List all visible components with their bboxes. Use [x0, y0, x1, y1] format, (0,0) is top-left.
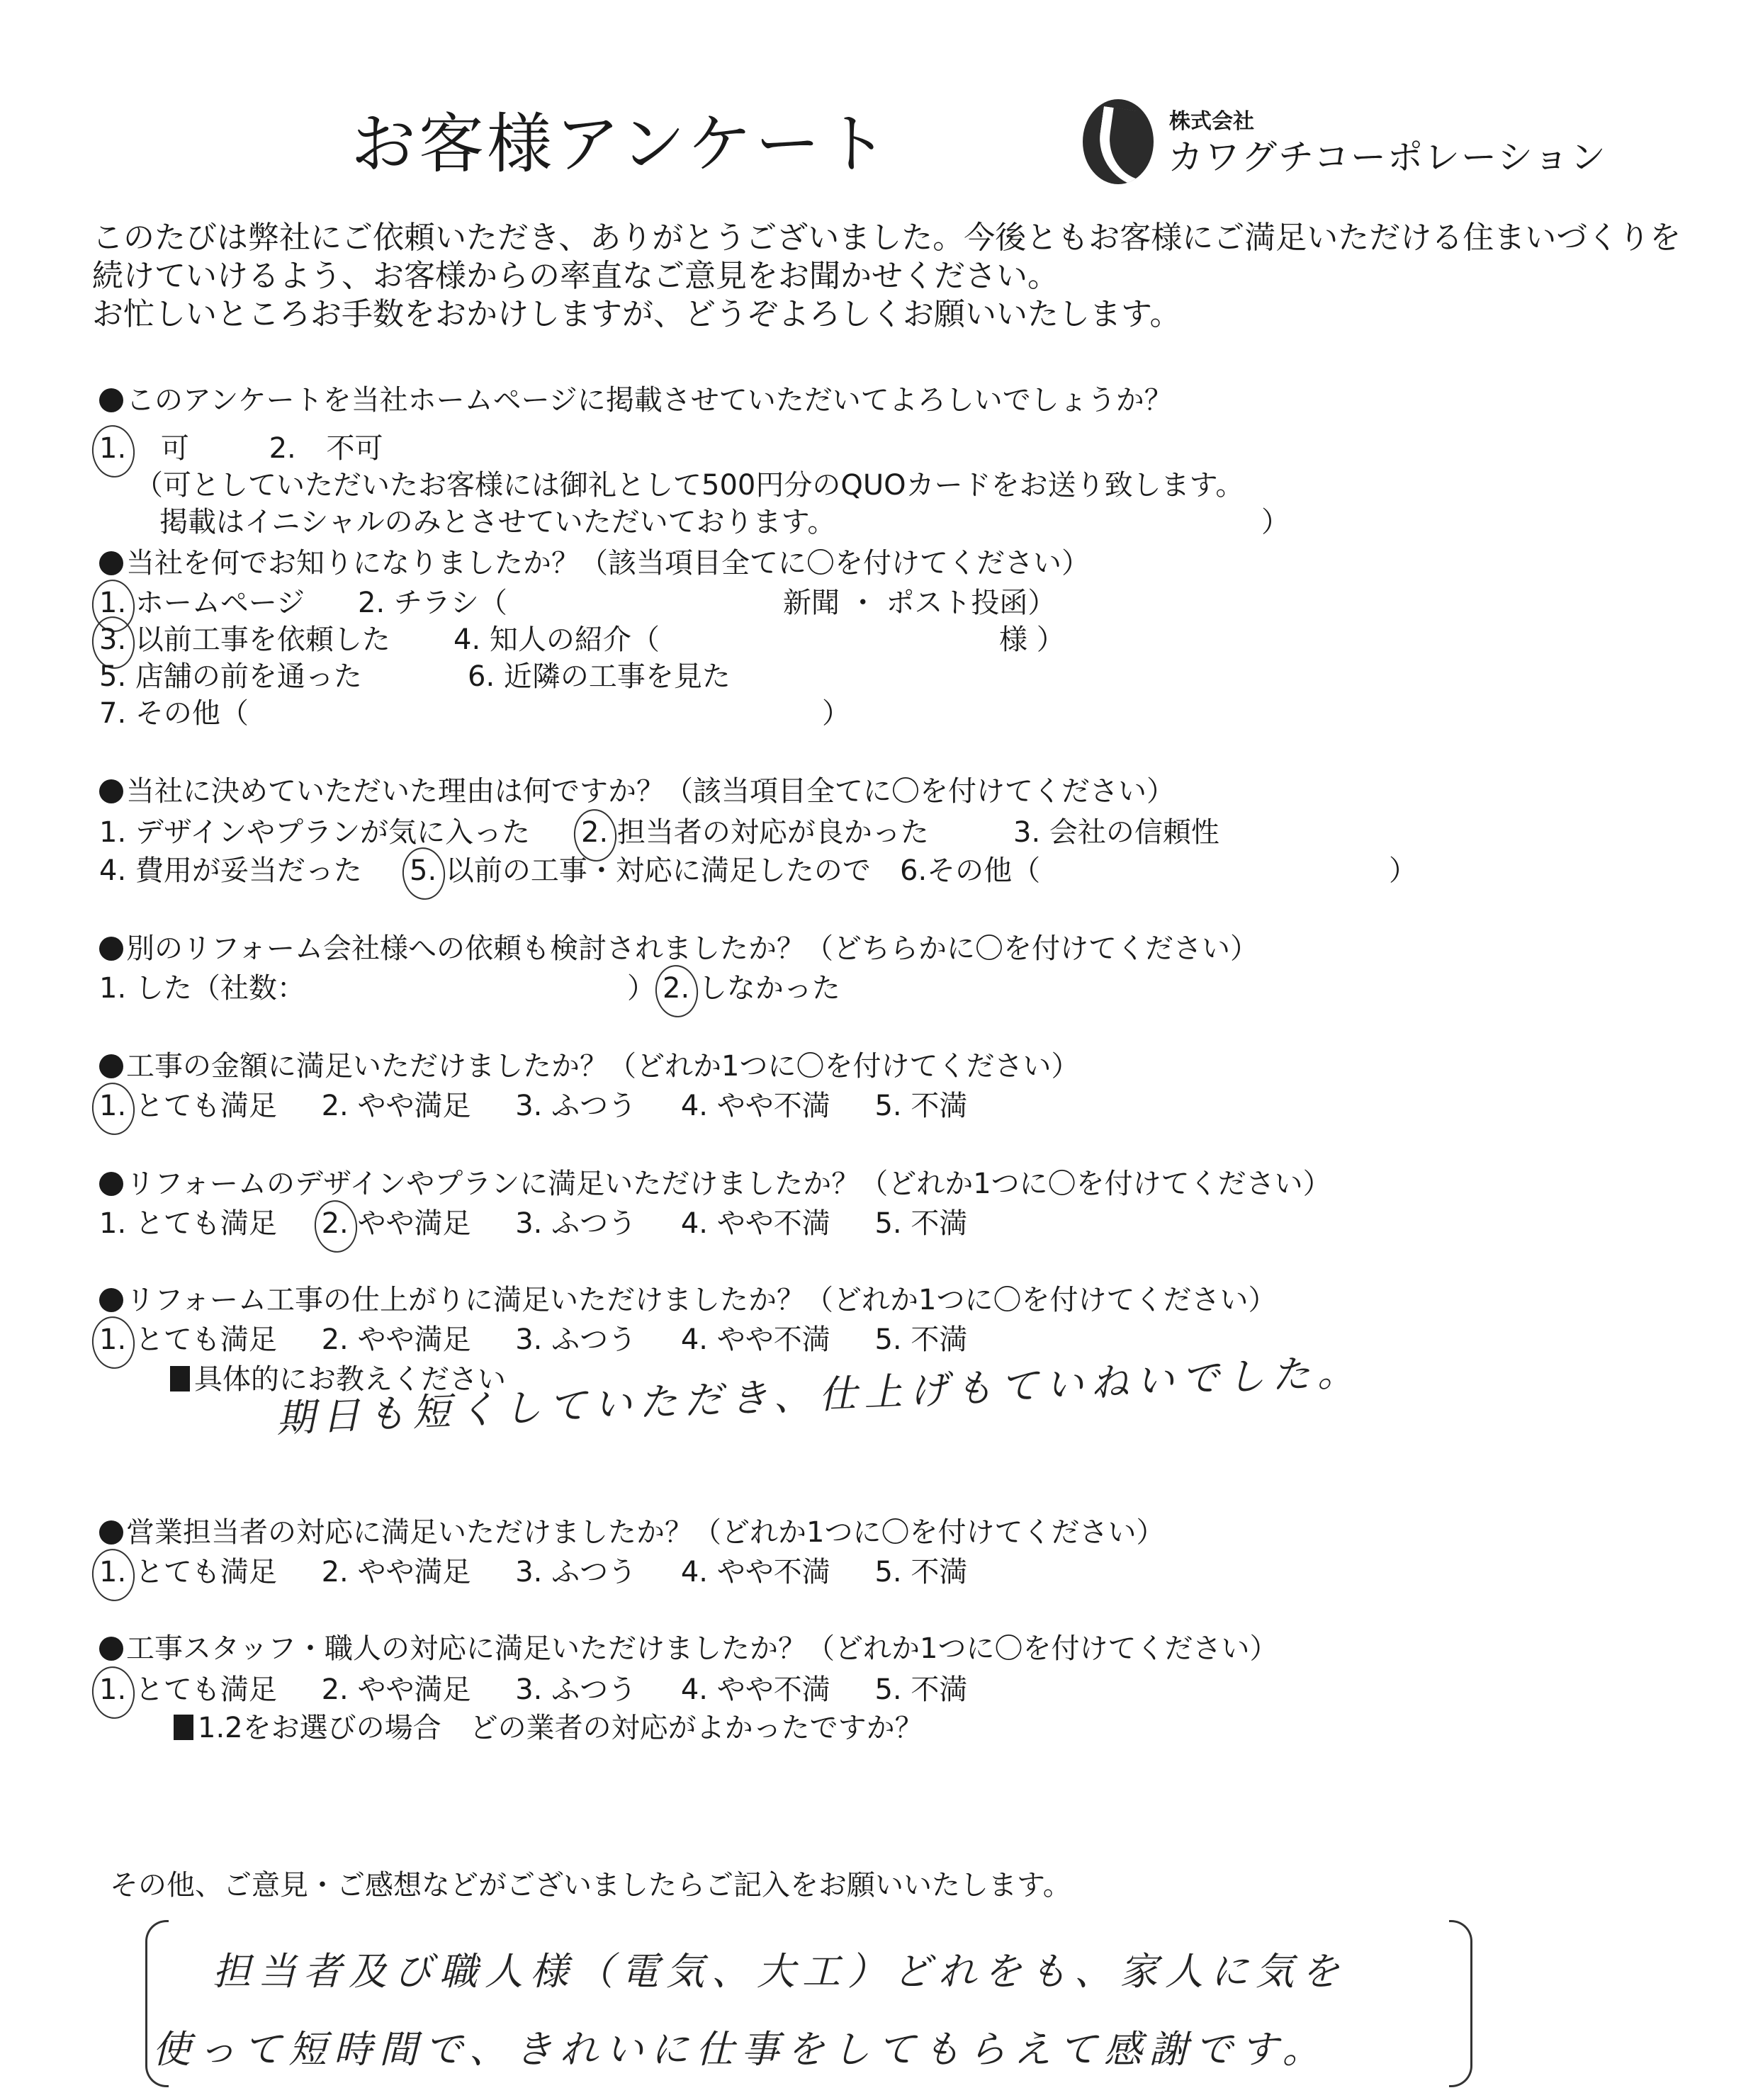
q8-options: 1. とても満足 2. やや満足 3. ふつう 4. やや不満 5. 不満: [99, 1554, 967, 1590]
q8-opt4[interactable]: 4. やや不満: [681, 1556, 830, 1588]
question-sales-satisfaction: 営業担当者の対応に満足いただけましたか？（どれか1つに〇を付けてください）: [99, 1515, 1164, 1550]
q3-opt4[interactable]: 4. 費用が妥当だった: [99, 853, 362, 888]
q2-opt5[interactable]: 5. 店舗の前を通った: [99, 659, 362, 694]
q7-opt2[interactable]: 2. やや満足: [322, 1323, 471, 1356]
q2-opt1[interactable]: 1. ホームページ: [99, 585, 305, 621]
square-bullet-icon: [174, 1715, 193, 1740]
q2-opt4[interactable]: 4. 知人の紹介（: [453, 622, 660, 657]
q8-opt1[interactable]: 1. とても満足: [99, 1554, 277, 1590]
q6-opt4[interactable]: 4. やや不満: [681, 1207, 830, 1240]
bullet-icon: [99, 779, 123, 803]
swoosh-logo-icon: [1083, 99, 1154, 184]
q2-opt7-close: ）: [822, 696, 850, 731]
comments-bracket-right: [1449, 1920, 1472, 2087]
q5-opt1[interactable]: 1. とても満足: [99, 1088, 277, 1124]
q3-opt6-close: ）: [1389, 853, 1417, 888]
bullet-icon: [99, 551, 123, 575]
q3-opt1[interactable]: 1. デザインやプランが気に入った: [99, 815, 530, 850]
q6-opt3[interactable]: 3. ふつう: [515, 1207, 636, 1240]
q3-opt3[interactable]: 3. 会社の信頼性: [1013, 815, 1219, 850]
intro-line-1: このたびは弊社にご依頼いただき、ありがとうございました。今後ともお客様にご満足い…: [92, 218, 1681, 258]
q7-options: 1. とても満足 2. やや満足 3. ふつう 4. やや不満 5. 不満: [99, 1322, 967, 1357]
q1-options: 1. 可 2. 不可: [99, 431, 383, 466]
q7-opt3[interactable]: 3. ふつう: [515, 1323, 636, 1356]
q5-options: 1. とても満足 2. やや満足 3. ふつう 4. やや不満 5. 不満: [99, 1088, 967, 1124]
bullet-icon: [99, 388, 123, 412]
q1-note-1: （可としていただいたお客様には御礼として500円分のQUOカードをお送り致します…: [135, 468, 1244, 503]
q9-opt2[interactable]: 2. やや満足: [322, 1673, 471, 1706]
q5-opt4[interactable]: 4. やや不満: [681, 1090, 830, 1122]
q9-options: 1. とても満足 2. やや満足 3. ふつう 4. やや不満 5. 不満: [99, 1672, 967, 1707]
q7-opt5[interactable]: 5. 不満: [874, 1323, 967, 1356]
q4-opt1[interactable]: 1. した（社数：: [99, 971, 305, 1006]
bullet-icon: [99, 1637, 123, 1661]
option-1-circled[interactable]: 1.: [99, 431, 126, 466]
comments-label: その他、ご意見・ご感想などがございましたらご記入をお願いいたします。: [110, 1868, 1071, 1903]
q9-opt1[interactable]: 1. とても満足: [99, 1672, 277, 1707]
company-name: カワグチコーポレーション: [1168, 129, 1607, 180]
q9-opt4[interactable]: 4. やや不満: [681, 1673, 830, 1706]
q5-opt5[interactable]: 5. 不満: [874, 1090, 967, 1122]
q2-opt4-tail: 様 ）: [999, 622, 1065, 657]
bullet-icon: [99, 1054, 123, 1078]
q1-note-2: 掲載はイニシャルのみとさせていただいております。: [159, 504, 835, 540]
q6-opt5[interactable]: 5. 不満: [874, 1207, 967, 1240]
q3-opt5[interactable]: 5. 以前の工事・対応に満足したので: [410, 853, 871, 888]
square-bullet-icon: [170, 1366, 190, 1391]
question-staff-satisfaction: 工事スタッフ・職人の対応に満足いただけましたか？（どれか1つに〇を付けてください…: [99, 1631, 1278, 1666]
question-finish-satisfaction: リフォーム工事の仕上がりに満足いただけましたか？（どれか1つに〇を付けてください…: [99, 1282, 1276, 1318]
bullet-icon: [99, 1172, 123, 1196]
question-price-satisfaction: 工事の金額に満足いただけましたか？（どれか1つに〇を付けてください）: [99, 1049, 1079, 1084]
bullet-icon: [99, 1520, 123, 1545]
q5-opt3[interactable]: 3. ふつう: [515, 1090, 636, 1122]
question-design-satisfaction: リフォームのデザインやプランに満足いただけましたか？（どれか1つに〇を付けてくだ…: [99, 1166, 1331, 1202]
comments-handwritten-line-1[interactable]: 担当者及び職人様（電気、大工）どれをも、家人に気を: [213, 1941, 1346, 1996]
option-2-label: 不可: [327, 432, 383, 465]
intro-line-2: 続けていけるよう、お客様からの率直なご意見をお聞かせください。: [92, 256, 1059, 296]
question-reason: 当社に決めていただいた理由は何ですか？（該当項目全てに〇を付けてください）: [99, 774, 1175, 809]
bullet-icon: [99, 1288, 123, 1312]
q9-sub-label: 1.2をお選びの場合 どの業者の対応がよかったですか？: [174, 1710, 923, 1746]
bullet-icon: [99, 937, 123, 961]
q4-opt2[interactable]: 2. しなかった: [663, 971, 840, 1006]
intro-line-3: お忙しいところお手数をおかけしますが、どうぞよろしくお願いいたします。: [92, 295, 1181, 334]
q3-opt2[interactable]: 2. 担当者の対応が良かった: [581, 815, 929, 850]
q2-opt7[interactable]: 7. その他（: [99, 696, 249, 731]
q2-opt2[interactable]: 2. チラシ（: [358, 585, 507, 621]
q5-opt2[interactable]: 2. やや満足: [322, 1090, 471, 1122]
q7-opt1[interactable]: 1. とても満足: [99, 1322, 277, 1357]
q6-options: 1. とても満足 2. やや満足 3. ふつう 4. やや不満 5. 不満: [99, 1206, 967, 1241]
question-other-companies: 別のリフォーム会社様への依頼も検討されましたか？（どちらかに〇を付けてください）: [99, 931, 1258, 966]
q2-opt2-tail: 新聞 ・ ポスト投函）: [783, 585, 1056, 621]
option-2-number[interactable]: 2.: [269, 432, 296, 465]
q3-opt6[interactable]: 6.その他（: [900, 853, 1040, 888]
q9-opt3[interactable]: 3. ふつう: [515, 1673, 636, 1706]
q8-opt5[interactable]: 5. 不満: [874, 1556, 967, 1588]
q2-opt3[interactable]: 3. 以前工事を依頼した: [99, 622, 390, 657]
q8-opt2[interactable]: 2. やや満足: [322, 1556, 471, 1588]
comments-handwritten-line-2[interactable]: 使って短時間で、きれいに仕事をしてもらえて感謝です。: [152, 2019, 1328, 2074]
option-1-label: 可: [161, 432, 189, 465]
q7-opt4[interactable]: 4. やや不満: [681, 1323, 830, 1356]
q2-opt6[interactable]: 6. 近隣の工事を見た: [468, 659, 731, 694]
q8-opt3[interactable]: 3. ふつう: [515, 1556, 636, 1588]
page-title: お客様アンケート: [351, 92, 891, 186]
q1-note-close: ）: [1261, 504, 1290, 540]
q6-opt1[interactable]: 1. とても満足: [99, 1207, 277, 1240]
q6-opt2[interactable]: 2. やや満足: [322, 1206, 471, 1241]
question-publish: このアンケートを当社ホームページに掲載させていただいてよろしいでしょうか？: [99, 383, 1173, 418]
q9-opt5[interactable]: 5. 不満: [874, 1673, 967, 1706]
q4-opt1-close: ）: [627, 971, 655, 1006]
question-source: 当社を何でお知りになりましたか？（該当項目全てに〇を付けてください）: [99, 546, 1090, 581]
